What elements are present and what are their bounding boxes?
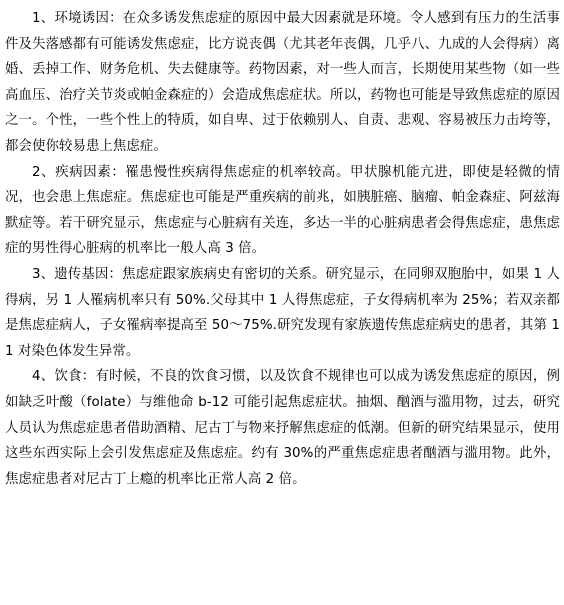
paragraph-environment-factors: 1、环境诱因：在众多诱发焦虑症的原因中最大因素就是环境。令人感到有压力的生活事件… (5, 6, 560, 160)
paragraph-disease-factors: 2、疾病因素：罹患慢性疾病得焦虑症的机率较高。甲状腺机能亢进，即使是轻微的情况，… (5, 160, 560, 262)
paragraph-genetic-factors: 3、遗传基因：焦虑症跟家族病史有密切的关系。研究显示，在同卵双胞胎中，如果 1 … (5, 262, 560, 364)
paragraph-diet-factors: 4、饮食：有时候，不良的饮食习惯，以及饮食不规律也可以成为诱发焦虑症的原因，例如… (5, 364, 560, 492)
article-body: 1、环境诱因：在众多诱发焦虑症的原因中最大因素就是环境。令人感到有压力的生活事件… (0, 0, 564, 492)
